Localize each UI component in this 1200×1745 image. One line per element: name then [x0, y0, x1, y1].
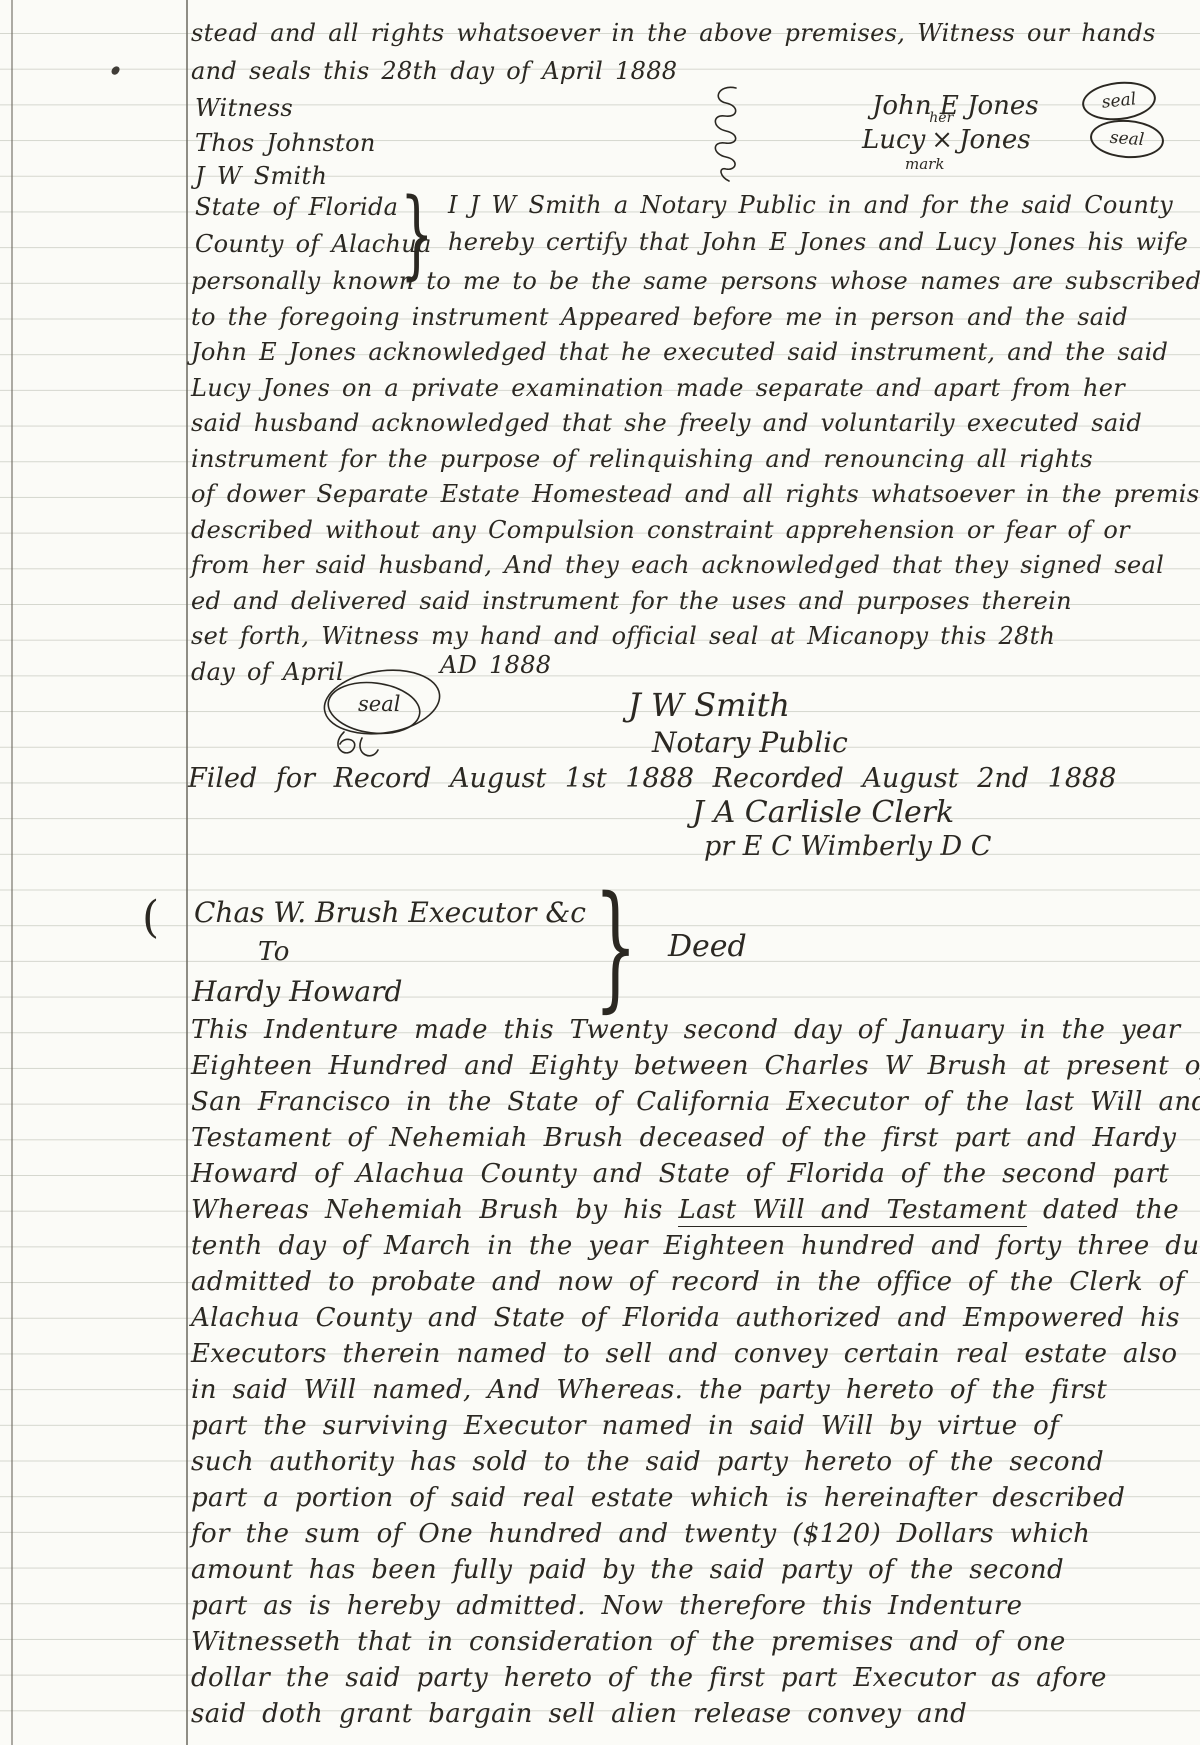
handwritten-line: such authority has sold to the said part… [191, 1448, 1104, 1477]
seal-word: seal [1101, 89, 1137, 112]
page-edge-line [11, 0, 13, 1745]
handwritten-line: part as is hereby admitted. Now therefor… [191, 1592, 1022, 1621]
handwritten-line: described without any Compulsion constra… [191, 517, 1130, 543]
seal-mark: seal [1089, 117, 1165, 160]
notary-seal-flourish-icon: seal [310, 662, 450, 764]
seal-word: seal [1109, 128, 1145, 150]
whereas-post: dated the [1027, 1195, 1179, 1225]
grantor-signature: John E Jones [872, 92, 1039, 121]
caption-to: To [258, 938, 290, 967]
handwritten-line: Witnesseth that in consideration of the … [191, 1628, 1066, 1657]
handwritten-line-whereas: Whereas Nehemiah Brush by his Last Will … [191, 1196, 1179, 1225]
deputy-clerk-signature: pr E C Wimberly D C [704, 832, 991, 862]
handwritten-line: personally known to me to be the same pe… [191, 268, 1200, 294]
handwritten-line: of dower Separate Estate Homestead and a… [191, 481, 1200, 507]
whereas-underlined: Last Will and Testament [678, 1195, 1027, 1227]
handwritten-line: instrument for the purpose of relinquish… [191, 446, 1093, 472]
handwritten-line: San Francisco in the State of California… [191, 1088, 1200, 1117]
witness-name: J W Smith [195, 163, 327, 189]
handwritten-line: This Indenture made this Twenty second d… [191, 1016, 1181, 1045]
caption-open-paren: ( [142, 894, 159, 942]
handwritten-line: tenth day of March in the year Eighteen … [191, 1232, 1200, 1261]
handwritten-line: stead and all rights whatsoever in the a… [191, 20, 1156, 46]
handwritten-line: Executors therein named to sell and conv… [191, 1340, 1177, 1369]
handwritten-line: in said Will named, And Whereas. the par… [191, 1376, 1107, 1405]
seal-mark: seal [1080, 78, 1158, 124]
handwritten-line: and seals this 28th day of April 1888 [191, 58, 677, 84]
witness-heading: Witness [195, 95, 293, 121]
notary-title: Notary Public [652, 728, 848, 759]
handwritten-line: ed and delivered said instrument for the… [191, 588, 1072, 614]
caption-brace: } [594, 868, 637, 1026]
witness-name: Thos Johnston [195, 130, 376, 156]
her-mark-x: her× [925, 126, 959, 155]
handwritten-line: Alachua County and State of Florida auth… [191, 1304, 1180, 1333]
caption-grantor: Chas W. Brush Executor &c [194, 898, 586, 929]
ink-speck [110, 65, 120, 76]
x-mark: × [931, 125, 953, 155]
handwritten-line: Eighteen Hundred and Eighty between Char… [191, 1052, 1200, 1081]
notary-signature: J W Smith [628, 688, 790, 723]
handwritten-line: Howard of Alachua County and State of Fl… [191, 1160, 1169, 1189]
mark-label: mark [905, 156, 944, 173]
jurat-county: County of Alachua [195, 231, 432, 257]
clerk-signature: J A Carlisle Clerk [692, 796, 954, 829]
handwritten-line: from her said husband, And they each ack… [191, 552, 1164, 578]
dateline-year: AD 1888 [440, 652, 551, 678]
sig-last-name: Jones [959, 125, 1031, 155]
her-label: her [929, 111, 953, 126]
seal-word: seal [358, 692, 400, 716]
handwritten-line: admitted to probate and now of record in… [191, 1268, 1185, 1297]
handwritten-line: dollar the said party hereto of the firs… [191, 1664, 1107, 1693]
filing-line: Filed for Record August 1st 1888 Recorde… [188, 764, 1116, 794]
handwritten-line: for the sum of One hundred and twenty ($… [191, 1520, 1090, 1549]
handwritten-line: I J W Smith a Notary Public in and for t… [448, 192, 1173, 218]
handwritten-line: Testament of Nehemiah Brush deceased of … [191, 1124, 1176, 1153]
margin-rule-line [186, 0, 188, 1745]
handwritten-line: part a portion of said real estate which… [191, 1484, 1125, 1513]
caption-grantee: Hardy Howard [192, 977, 402, 1008]
jurat-state: State of Florida [195, 194, 398, 220]
handwritten-line: set forth, Witness my hand and official … [191, 623, 1055, 649]
handwritten-line: said doth grant bargain sell alien relea… [191, 1700, 967, 1729]
handwritten-line: said husband acknowledged that she freel… [191, 410, 1142, 436]
document-type-label: Deed [668, 930, 747, 963]
whereas-pre: Whereas Nehemiah Brush by his [191, 1195, 678, 1225]
deed-book-page: stead and all rights whatsoever in the a… [0, 0, 1200, 1745]
handwritten-line: Lucy Jones on a private examination made… [191, 375, 1125, 401]
handwritten-line: hereby certify that John E Jones and Luc… [448, 229, 1188, 255]
handwritten-line: amount has been fully paid by the said p… [191, 1556, 1064, 1585]
sig-first-name: Lucy [862, 125, 925, 155]
handwritten-line: John E Jones acknowledged that he execut… [191, 339, 1168, 365]
coil-flourish-icon [702, 84, 748, 184]
grantor-signature-mark: Lucyher×Jones [862, 126, 1031, 155]
handwritten-line: to the foregoing instrument Appeared bef… [191, 304, 1128, 330]
handwritten-line: part the surviving Executor named in sai… [191, 1412, 1059, 1441]
